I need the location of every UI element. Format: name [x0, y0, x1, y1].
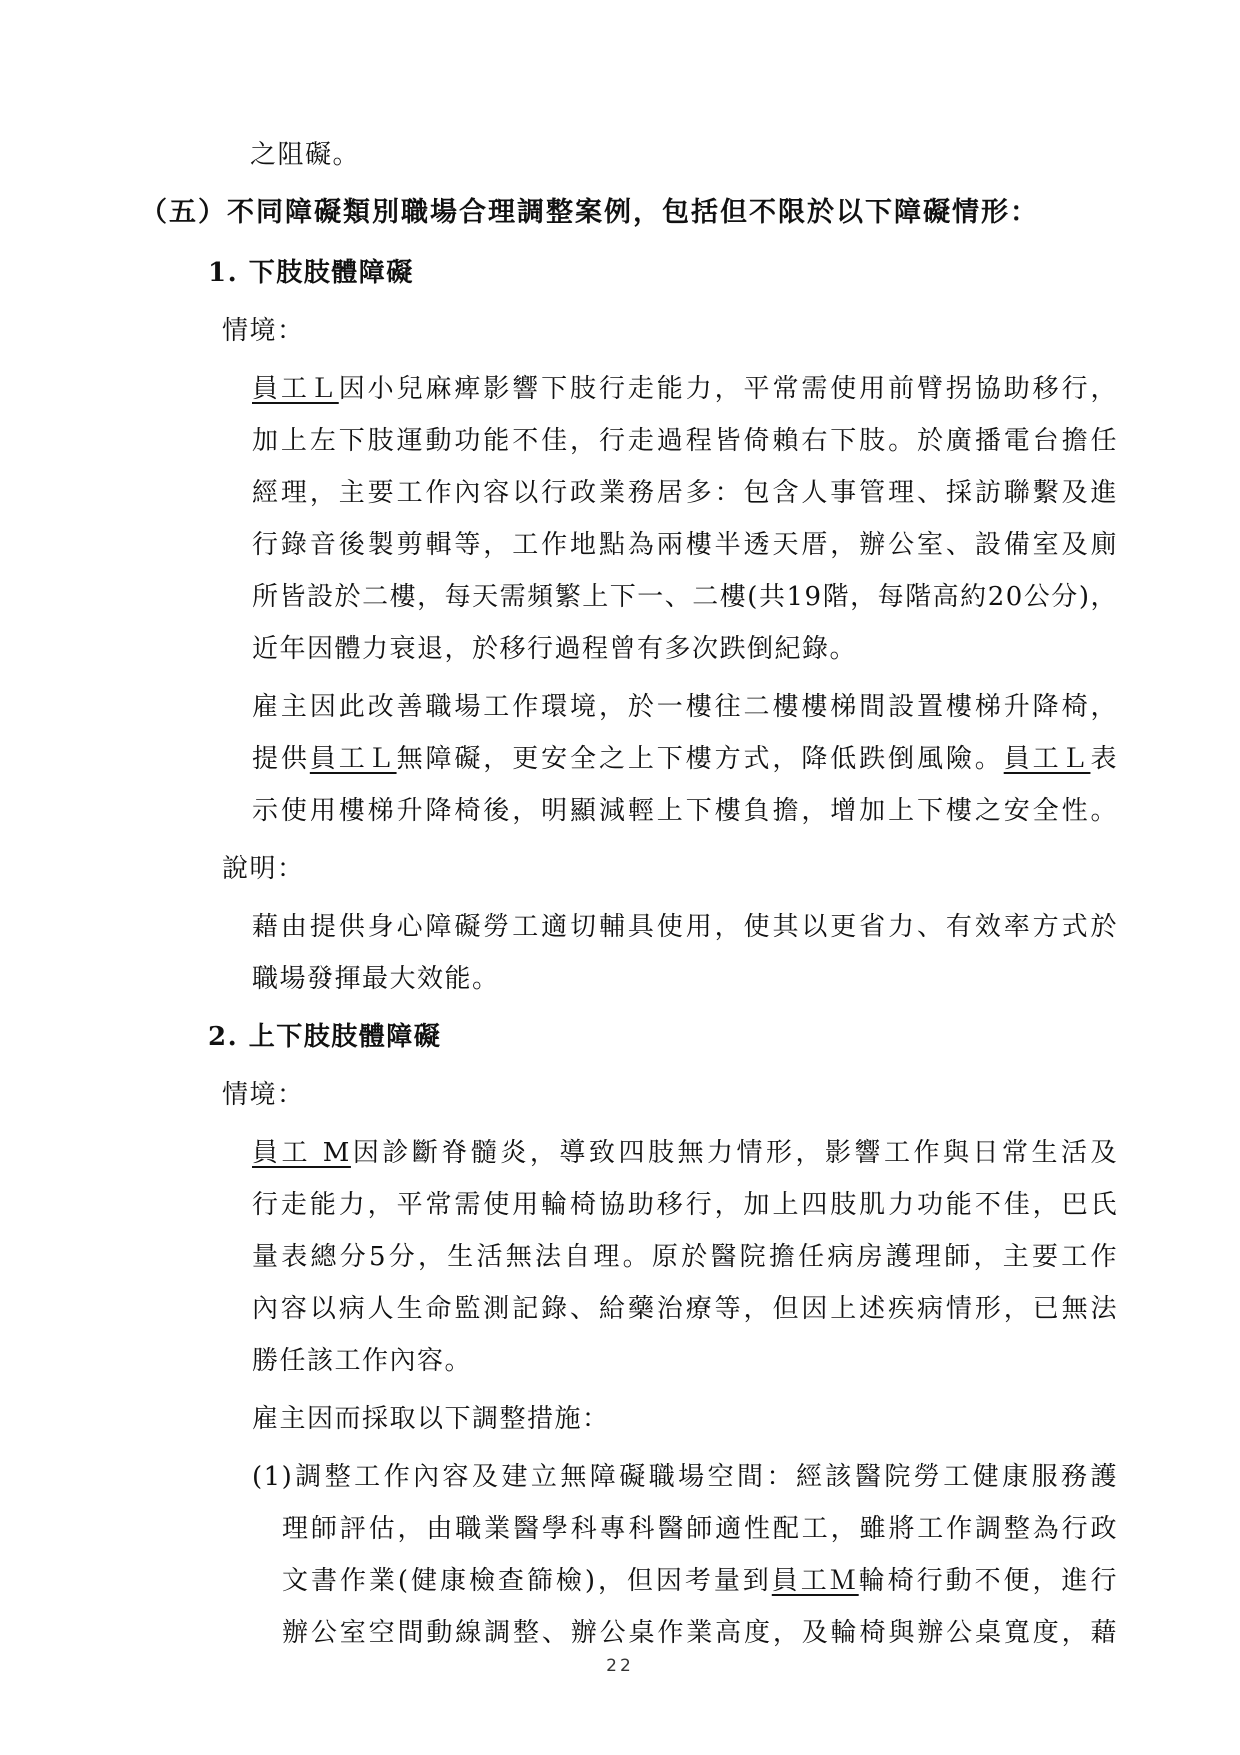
case2-scenario-line-2: 行走能力，平常需使用輪椅協助移行，加上四肢肌力功能不佳，巴氏 — [252, 1188, 1118, 1222]
case1-title: 1. 下肢肢體障礙 — [208, 256, 414, 290]
case2-measures-intro: 雇主因而採取以下調整措施： — [252, 1402, 610, 1436]
case2-scenario-label: 情境： — [222, 1078, 305, 1112]
section-heading: （五）不同障礙類別職場合理調整案例，包括但不限於以下障礙情形： — [140, 196, 1039, 230]
continuation-text: 之阻礙。 — [250, 138, 360, 172]
case1-scenario-label: 情境： — [222, 314, 305, 348]
employee-l-ref: 員工Ｌ — [310, 744, 397, 774]
employee-l-ref: 員工Ｌ — [252, 374, 339, 404]
case1-employer-line-3: 示使用樓梯升降椅後，明顯減輕上下樓負擔，增加上下樓之安全性。 — [252, 794, 1118, 828]
case1-explanation-label: 說明： — [222, 852, 305, 886]
page-number: 22 — [0, 1656, 1240, 1676]
case2-scenario-line-5: 勝任該工作內容。 — [252, 1344, 472, 1378]
employee-m-ref: 員工 M — [252, 1138, 351, 1168]
measure1-line-4: 辦公室空間動線調整、辦公桌作業高度，及輪椅與辦公桌寬度，藉 — [282, 1616, 1118, 1650]
measure1-line-1: (1)調整工作內容及建立無障礙職場空間：經該醫院勞工健康服務護 — [252, 1460, 1118, 1494]
case2-scenario-line-4: 內容以病人生命監測記錄、給藥治療等，但因上述疾病情形，已無法 — [252, 1292, 1118, 1326]
case2-scenario-line-3: 量表總分5分，生活無法自理。原於醫院擔任病房護理師，主要工作 — [252, 1240, 1118, 1274]
case2-scenario-line-1: 員工 M因診斷脊髓炎，導致四肢無力情形，影響工作與日常生活及 — [252, 1136, 1118, 1170]
case1-scenario-line-3: 經理，主要工作內容以行政業務居多：包含人事管理、採訪聯繫及進 — [252, 476, 1118, 510]
case1-explanation-line-1: 藉由提供身心障礙勞工適切輔具使用，使其以更省力、有效率方式於 — [252, 910, 1118, 944]
case1-explanation-line-2: 職場發揮最大效能。 — [252, 962, 500, 996]
case2-title: 2. 上下肢肢體障礙 — [208, 1020, 441, 1054]
case1-scenario-line-4: 行錄音後製剪輯等，工作地點為兩樓半透天厝，辦公室、設備室及廁 — [252, 528, 1118, 562]
case1-scenario-line-5: 所皆設於二樓，每天需頻繁上下一、二樓(共19階，每階高約20公分)， — [252, 580, 1118, 614]
measure1-line-2: 理師評估，由職業醫學科專科醫師適性配工，雖將工作調整為行政 — [282, 1512, 1118, 1546]
employee-l-ref: 員工Ｌ — [1004, 744, 1091, 774]
case1-scenario-line-1: 員工Ｌ因小兒麻痺影響下肢行走能力，平常需使用前臂拐協助移行， — [252, 372, 1118, 406]
case1-scenario-line-6: 近年因體力衰退，於移行過程曾有多次跌倒紀錄。 — [252, 632, 857, 666]
measure1-line-3: 文書作業(健康檢查篩檢)，但因考量到員工Ｍ輪椅行動不便，進行 — [282, 1564, 1118, 1598]
case1-employer-line-2: 提供員工Ｌ無障礙，更安全之上下樓方式，降低跌倒風險。員工Ｌ表 — [252, 742, 1118, 776]
case1-employer-line-1: 雇主因此改善職場工作環境，於一樓往二樓樓梯間設置樓梯升降椅， — [252, 690, 1118, 724]
case1-scenario-line-2: 加上左下肢運動功能不佳，行走過程皆倚賴右下肢。於廣播電台擔任 — [252, 424, 1118, 458]
employee-m-ref: 員工Ｍ — [772, 1566, 859, 1596]
